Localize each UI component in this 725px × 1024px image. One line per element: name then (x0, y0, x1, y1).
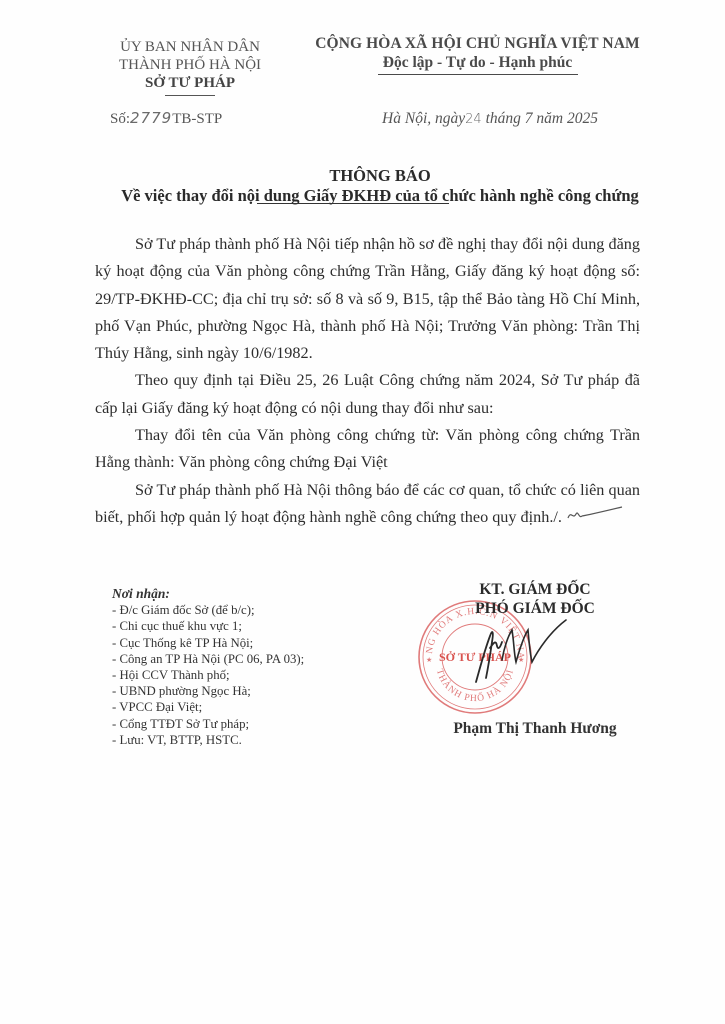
body-paragraph: Sở Tư pháp thành phố Hà Nội tiếp nhận hồ… (95, 231, 640, 367)
document-page: ỦY BAN NHÂN DÂN THÀNH PHỐ HÀ NỘI SỞ TƯ P… (0, 0, 725, 1024)
recipient-item: - VPCC Đại Việt; (112, 699, 372, 715)
title-heading: THÔNG BÁO (90, 166, 670, 186)
body-paragraph: Theo quy định tại Điều 25, 26 Luật Công … (95, 367, 640, 422)
svg-text:★: ★ (426, 656, 432, 664)
body-paragraph: Thay đổi tên của Văn phòng công chứng từ… (95, 422, 640, 477)
recipient-item: - Lưu: VT, BTTP, HSTC. (112, 732, 372, 748)
document-title: THÔNG BÁO Về việc thay đổi nội dung Giấy… (90, 166, 670, 206)
date-suffix: tháng 7 năm 2025 (482, 110, 598, 127)
issue-date: Hà Nội, ngày24 tháng 7 năm 2025 (340, 110, 640, 128)
recipient-item: - Công an TP Hà Nội (PC 06, PA 03); (112, 651, 372, 667)
national-header: CỘNG HÒA XÃ HỘI CHỦ NGHĨA VIỆT NAM Độc l… (305, 34, 650, 75)
recipients-block: Nơi nhận: - Đ/c Giám đốc Sở (để b/c); - … (112, 586, 372, 748)
signer-name: Phạm Thị Thanh Hương (420, 720, 650, 738)
authority-line-2: THÀNH PHỐ HÀ NỘI (95, 56, 285, 74)
handwritten-signature-icon (462, 618, 572, 690)
national-motto: Độc lập - Tự do - Hạnh phúc (305, 53, 650, 72)
department-underline (165, 95, 215, 96)
recipient-item: - Hội CCV Thành phố; (112, 667, 372, 683)
doc-number-handwritten: 2779 (130, 109, 172, 127)
body-paragraph: Sở Tư pháp thành phố Hà Nội thông báo để… (95, 477, 640, 533)
motto-underline (378, 74, 578, 75)
document-body: Sở Tư pháp thành phố Hà Nội tiếp nhận hồ… (95, 231, 640, 532)
nation-name: CỘNG HÒA XÃ HỘI CHỦ NGHĨA VIỆT NAM (305, 34, 650, 53)
signer-role-line-1: KT. GIÁM ĐỐC (420, 580, 650, 599)
date-prefix: Hà Nội, ngày (382, 110, 465, 127)
recipient-item: - Chi cục thuế khu vực 1; (112, 618, 372, 634)
issuing-authority: ỦY BAN NHÂN DÂN THÀNH PHỐ HÀ NỘI SỞ TƯ P… (95, 38, 285, 96)
date-day-handwritten: 24 (465, 112, 482, 127)
title-underline (257, 203, 449, 204)
signer-role-line-2: PHÓ GIÁM ĐỐC (420, 599, 650, 618)
department-name: SỞ TƯ PHÁP (95, 74, 285, 92)
recipient-item: - UBND phường Ngọc Hà; (112, 683, 372, 699)
closing-initial-mark (566, 511, 626, 526)
signature-block: KT. GIÁM ĐỐC PHÓ GIÁM ĐỐC (420, 580, 650, 618)
recipients-label: Nơi nhận: (112, 586, 372, 602)
document-number: Số:2779TB-STP (110, 109, 222, 128)
closing-paragraph-text: Sở Tư pháp thành phố Hà Nội thông báo để… (95, 481, 640, 526)
recipient-item: - Cục Thống kê TP Hà Nội; (112, 635, 372, 651)
recipient-item: - Đ/c Giám đốc Sở (để b/c); (112, 602, 372, 618)
doc-number-prefix: Số: (110, 111, 130, 127)
recipient-item: - Cổng TTĐT Sở Tư pháp; (112, 716, 372, 732)
initial-scribble-icon (566, 506, 626, 522)
recipients-list: - Đ/c Giám đốc Sở (để b/c); - Chi cục th… (112, 602, 372, 748)
doc-number-suffix: TB-STP (172, 111, 222, 127)
authority-line-1: ỦY BAN NHÂN DÂN (95, 38, 285, 56)
